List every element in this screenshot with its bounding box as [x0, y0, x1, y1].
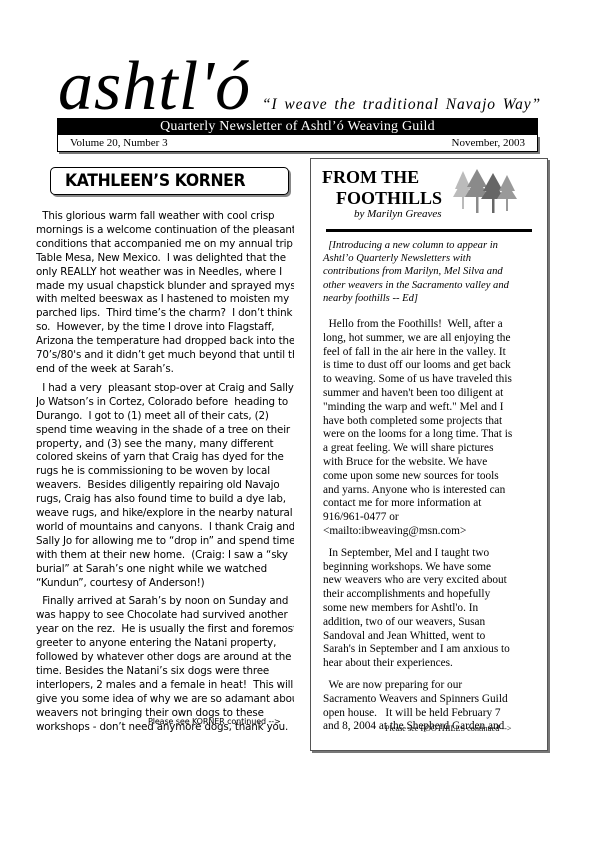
text-line: burial” at Sarah’s one night while we wa…: [36, 563, 294, 577]
text-line: Ashtl’o Quarterly Newsletters with: [323, 252, 545, 265]
text-line: summer and haven't been too diligent at: [323, 387, 545, 401]
text-line: 70’s/80's and it didn’t get much beyond …: [36, 349, 294, 363]
text-line: nearby foothills -- Ed]: [323, 292, 545, 305]
foothills-title: FROM THE FOOTHILLS: [322, 167, 442, 209]
text-line: weavers. Besides diligently repairing ol…: [36, 479, 294, 493]
trees-icon: [449, 167, 519, 215]
text-line: “Kundun”, courtesy of Anderson!): [36, 577, 294, 591]
text-line: other weavers in the Sacramento valley a…: [323, 279, 545, 292]
text-line: were on the looms for a long time. That …: [323, 428, 545, 442]
korner-article: This glorious warm fall weather with coo…: [36, 210, 294, 740]
text-line: with Bruce for the website. We have: [323, 456, 545, 470]
text-line: is time to dust off our looms and get ba…: [323, 359, 545, 373]
text-line: Finally arrived at Sarah’s by noon on Su…: [36, 595, 294, 609]
text-line: spend time weaving in the shade of a tre…: [36, 424, 294, 438]
korner-paragraph: Finally arrived at Sarah’s by noon on Su…: [36, 595, 294, 734]
text-line: weave rugs, and hike/explore in the near…: [36, 507, 294, 521]
text-line: Sarah's in September and I am anxious to: [323, 643, 545, 657]
text-line: 916/961-0477 or: [323, 511, 545, 525]
korner-paragraph: I had a very pleasant stop-over at Craig…: [36, 382, 294, 591]
korner-title: KATHLEEN’S KORNER: [65, 170, 245, 192]
text-line: so. However, by the time I drove into Fl…: [36, 321, 294, 335]
text-line: rugs, Craig has also found time to build…: [36, 493, 294, 507]
text-line: with melted beeswax as I hastened to moi…: [36, 293, 294, 307]
text-line: only REALLY hot weather was in Needles, …: [36, 266, 294, 280]
text-line: parched lips. Third time’s the charm? I …: [36, 307, 294, 321]
foothills-title-line1: FROM THE: [322, 167, 419, 187]
text-line: We are now preparing for our: [323, 679, 545, 693]
text-line: hear about their experiences.: [323, 657, 545, 671]
text-line: colored skeins of yarn that Craig has dy…: [36, 451, 294, 465]
text-line: to weaving. Some of us have traveled thi…: [323, 373, 545, 387]
text-line: Jo Watson’s in Cortez, Colorado before h…: [36, 396, 294, 410]
text-line: with them at their new home. (Craig: I s…: [36, 549, 294, 563]
text-line: Durango. I got to (1) meet all of their …: [36, 410, 294, 424]
text-line: followed by whatever other dogs are arou…: [36, 651, 294, 665]
text-line: and yarns. Anyone who is interested can: [323, 484, 545, 498]
text-line: "minding the warp and weft." Mel and I: [323, 401, 545, 415]
text-line: beginning workshops. We have some: [323, 561, 545, 575]
text-line: mornings is a welcome continuation of th…: [36, 224, 294, 238]
foothills-paragraph: Hello from the Foothills! Well, after a …: [323, 318, 545, 539]
volume-number: Volume 20, Number 3: [70, 135, 168, 151]
foothills-continued-note: Please see FOOTHILLS continued -->: [385, 724, 512, 733]
text-line: have both completed some projects that: [323, 415, 545, 429]
text-line: rugs he is commissioning to be woven by …: [36, 465, 294, 479]
text-line: Arizona the temperature had dropped back…: [36, 335, 294, 349]
foothills-editor-intro: [Introducing a new column to appear in A…: [323, 239, 545, 305]
tagline: “I weave the traditional Navajo Way”: [262, 96, 541, 114]
foothills-title-line2: FOOTHILLS: [322, 188, 442, 209]
text-line: contributions from Marilyn, Mel Silva an…: [323, 265, 545, 278]
text-line: open house. It will be held February 7: [323, 707, 545, 721]
korner-heading-box: KATHLEEN’S KORNER: [50, 167, 289, 195]
text-line: Sacramento Weavers and Spinners Guild: [323, 693, 545, 707]
text-line: time. Besides the Natani’s six dogs were…: [36, 665, 294, 679]
text-line: year on the rez. He is usually the first…: [36, 623, 294, 637]
text-line: their accomplishments and hopefully: [323, 588, 545, 602]
newsletter-title-bar: Quarterly Newsletter of Ashtl’ó Weaving …: [57, 118, 538, 135]
foothills-article: Hello from the Foothills! Well, after a …: [323, 318, 545, 742]
email-link[interactable]: <mailto:ibweaving@msn.com>: [323, 525, 545, 539]
text-line: was happy to see Chocolate had survived …: [36, 609, 294, 623]
text-line: made my usual chapstick blunder and spra…: [36, 280, 294, 294]
text-line: some new members for Ashtl'o. In: [323, 602, 545, 616]
text-line: contact me for more information at: [323, 497, 545, 511]
text-line: addition, two of our weavers, Susan: [323, 616, 545, 630]
text-line: feel of fall in the air here in the vall…: [323, 346, 545, 360]
text-line: new weavers who are very excited about: [323, 574, 545, 588]
text-line: Sandoval and Jean Whitted, went to: [323, 630, 545, 644]
text-line: give you some idea of why we are so adam…: [36, 693, 294, 707]
text-line: long, hot summer, we are all enjoying th…: [323, 332, 545, 346]
text-line: This glorious warm fall weather with coo…: [36, 210, 294, 224]
text-line: Hello from the Foothills! Well, after a: [323, 318, 545, 332]
text-line: interlopers, 2 males and a female in hea…: [36, 679, 294, 693]
text-line: property, and (3) see the many, many dif…: [36, 438, 294, 452]
newsletter-logo: ashtl'ó: [58, 52, 251, 122]
foothills-byline: by Marilyn Greaves: [354, 208, 442, 220]
korner-continued-note: Please see KORNER continued -->: [148, 717, 281, 726]
text-line: world of mountains and canyons. I thank …: [36, 521, 294, 535]
text-line: Sally Jo for allowing me to “drop in” an…: [36, 535, 294, 549]
text-line: greeter to anyone entering the Natani pr…: [36, 637, 294, 651]
text-line: I had a very pleasant stop-over at Craig…: [36, 382, 294, 396]
text-line: come upon some new sources for tools: [323, 470, 545, 484]
text-line: [Introducing a new column to appear in: [323, 239, 545, 252]
issue-date: November, 2003: [452, 135, 526, 151]
volume-bar: Volume 20, Number 3 November, 2003: [57, 135, 538, 152]
text-line: Table Mesa, New Mexico. I was delighted …: [36, 252, 294, 266]
foothills-paragraph: In September, Mel and I taught two begin…: [323, 547, 545, 671]
foothills-box: FROM THE FOOTHILLS by Marilyn Greaves [I…: [310, 158, 548, 751]
text-line: a great feeling. We will share pictures: [323, 442, 545, 456]
divider: [326, 229, 532, 232]
text-line: conditions that accompanied me on my ann…: [36, 238, 294, 252]
text-line: end of the week at Sarah’s.: [36, 363, 294, 377]
text-line: In September, Mel and I taught two: [323, 547, 545, 561]
korner-paragraph: This glorious warm fall weather with coo…: [36, 210, 294, 377]
